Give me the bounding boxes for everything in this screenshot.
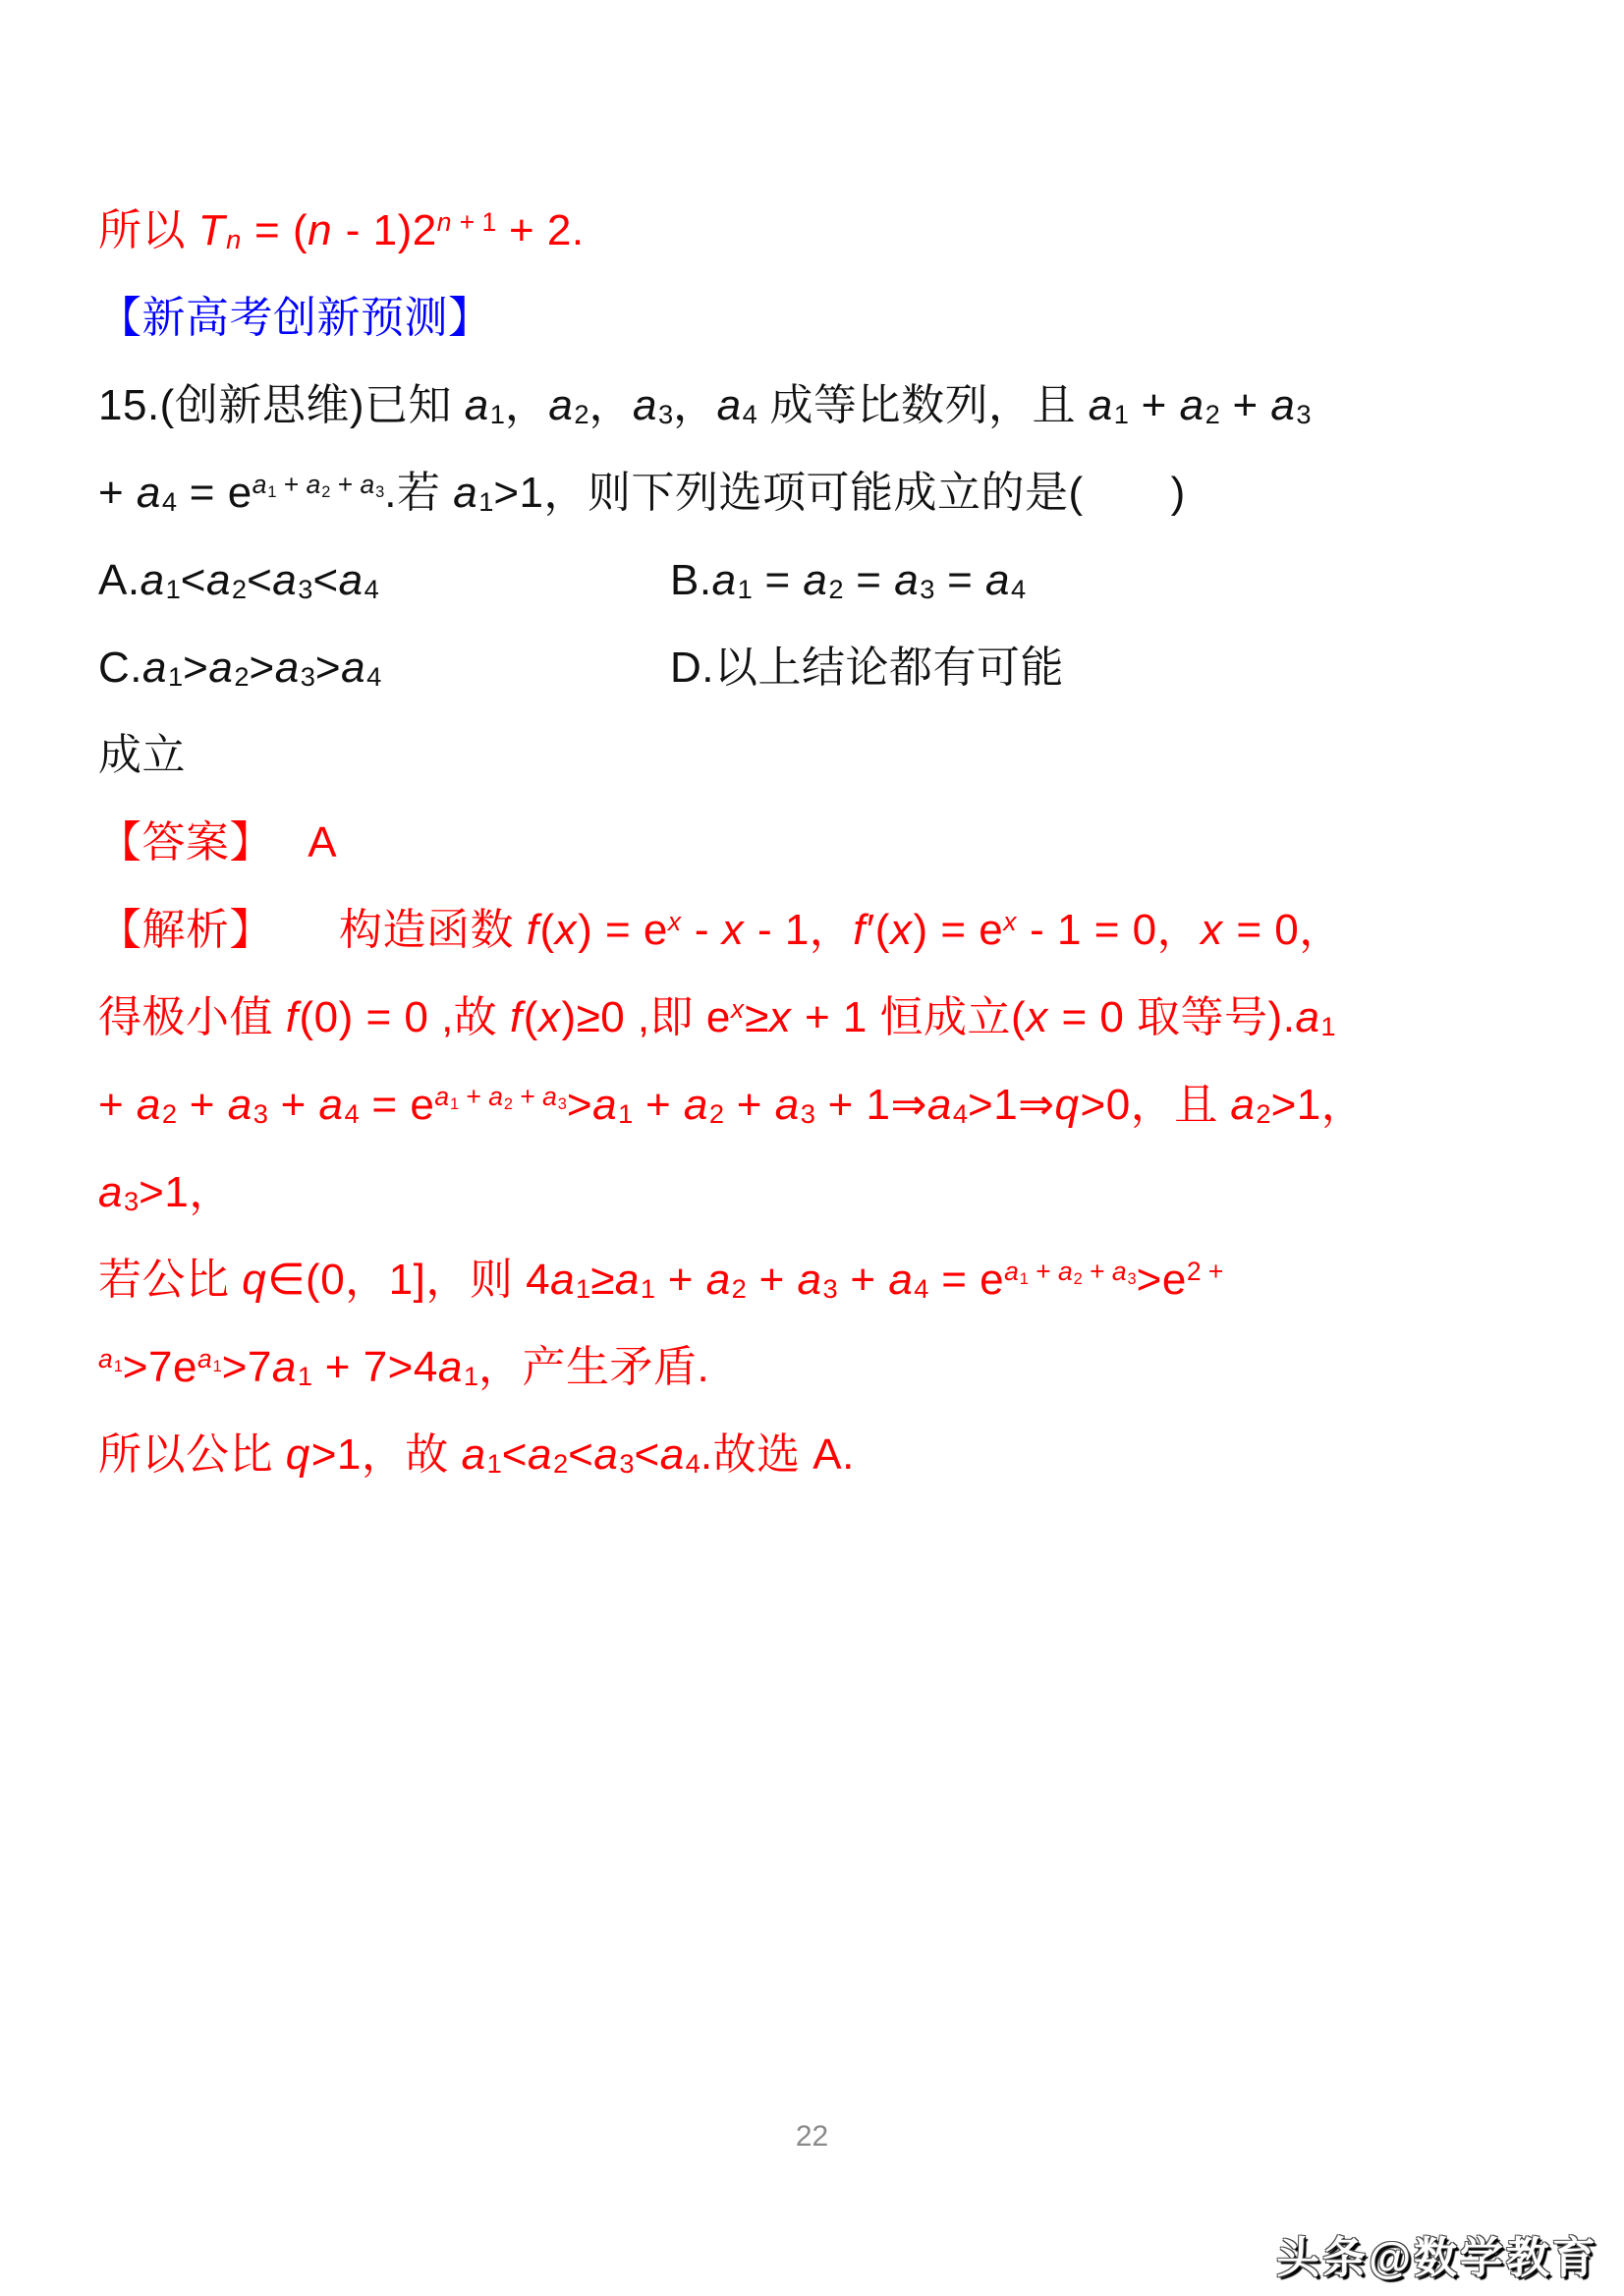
options-row-a-b: A.a1<a2<a3<a4B.a1 = a2 = a3 = a4 <box>98 536 1565 624</box>
options-row-a-b-left: A.a1<a2<a3<a4 <box>98 556 379 604</box>
page-number: 22 <box>0 2120 1624 2154</box>
analysis-line-6: a1>7ea1>7a1 + 7>4a1，产生矛盾. <box>98 1323 1565 1411</box>
options-row-a-b-right: B.a1 = a2 = a3 = a4 <box>670 536 1026 629</box>
conclusion-tn-formula: 所以 Tn = (n - 1)2n + 1 + 2. <box>98 187 1565 274</box>
options-row-c-d-right: D.以上结论都有可能 <box>670 624 1064 711</box>
options-row-c-d-left: C.a1>a2>a3>a4 <box>98 644 381 692</box>
question-15-line-2: + a4 = ea1 + a2 + a3.若 a1>1，则下列选项可能成立的是(… <box>98 449 1565 536</box>
document-page: { "colors": { "red": "#ff0000", "blue": … <box>0 0 1624 2296</box>
watermark: 头条@数学教育 <box>1276 2222 1598 2285</box>
analysis-line-4: a3>1， <box>98 1148 1565 1236</box>
document-body: 所以 Tn = (n - 1)2n + 1 + 2.【新高考创新预测】15.(创… <box>98 187 1565 1498</box>
question-15-line-1: 15.(创新思维)已知 a1，a2，a3，a4 成等比数列，且 a1 + a2 … <box>98 362 1565 449</box>
analysis-line-5: 若公比 q∈(0，1]，则 4a1≥a1 + a2 + a3 + a4 = ea… <box>98 1236 1565 1323</box>
options-row-c-d: C.a1>a2>a3>a4D.以上结论都有可能 <box>98 624 1565 711</box>
section-heading-new-gaokao-prediction: 【新高考创新预测】 <box>98 274 1565 362</box>
answer-line: 【答案】 A <box>98 799 1565 886</box>
analysis-line-2: 得极小值 f(0) = 0 ,故 f(x)≥0 ,即 ex≥x + 1 恒成立(… <box>98 974 1565 1061</box>
analysis-line-1: 【解析】 构造函数 f(x) = ex - x - 1，f′(x) = ex -… <box>98 886 1565 974</box>
option-d-continuation: 成立 <box>98 711 1565 799</box>
analysis-line-3: + a2 + a3 + a4 = ea1 + a2 + a3>a1 + a2 +… <box>98 1061 1565 1148</box>
analysis-conclusion: 所以公比 q>1，故 a1<a2<a3<a4.故选 A. <box>98 1411 1565 1498</box>
